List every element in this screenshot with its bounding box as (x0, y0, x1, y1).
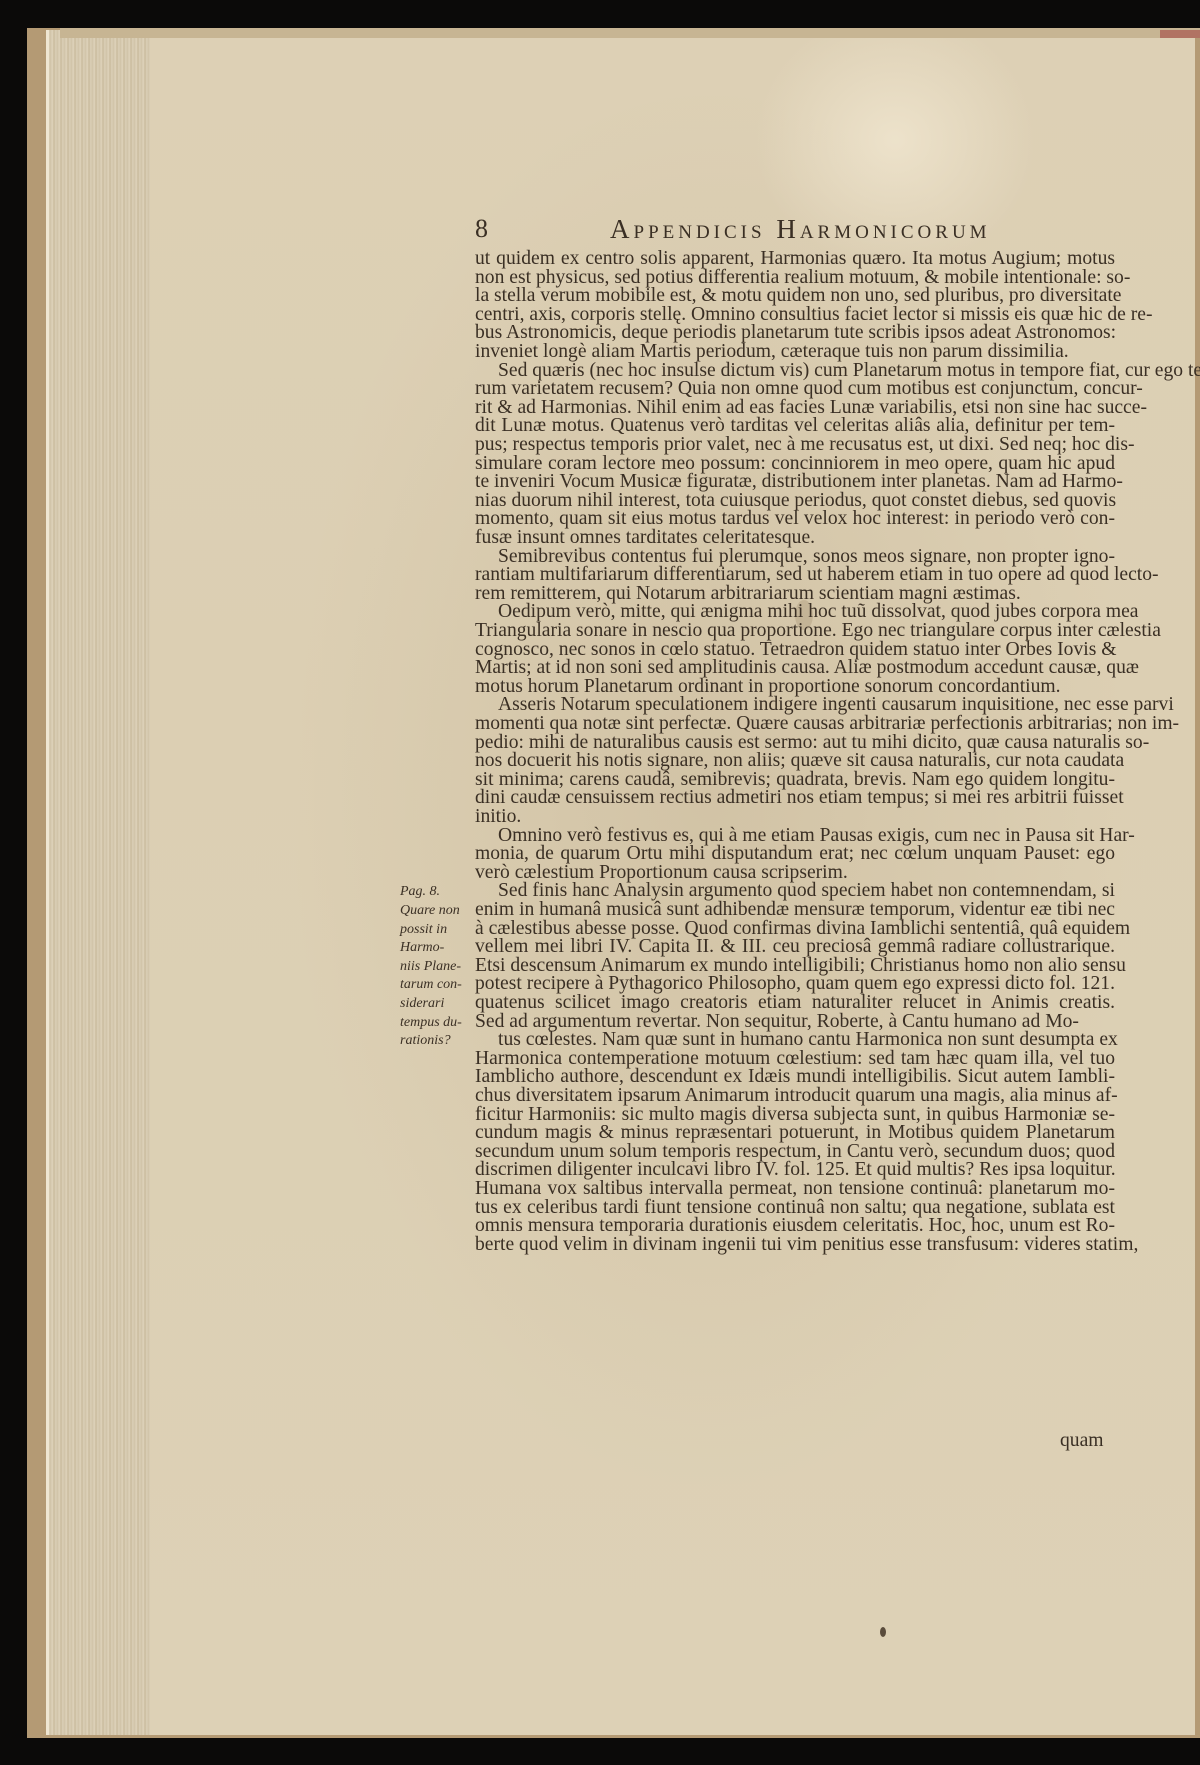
text-line: berte quod velim in divinam ingenii tui … (475, 1235, 1115, 1255)
text-line: pus; respectus temporis prior valet, nec… (475, 435, 1115, 455)
running-head: 8 Appendicis Harmonicorum (475, 214, 1115, 244)
text-line: momenti qua notæ sint perfectæ. Quære ca… (475, 714, 1115, 734)
margin-note-line: Pag. 8. (400, 883, 440, 901)
page-top-edge (60, 28, 1200, 38)
margin-note-line: Quare non (400, 902, 460, 920)
text-line: quatenus scilicet imago creatoris etiam … (475, 993, 1115, 1013)
ink-spot (880, 1627, 886, 1637)
text-line: chus diversitatem ipsarum Animarum intro… (475, 1086, 1115, 1106)
text-line: fusæ insunt omnes tarditates celeritates… (475, 528, 1115, 548)
margin-note-line: siderari (400, 995, 444, 1013)
text-line: initio. (475, 807, 1115, 827)
margin-note-line: possit in (400, 921, 447, 939)
margin-note-line: Harmo- (400, 939, 444, 957)
text-line: Humana vox saltibus intervalla permeat, … (475, 1179, 1115, 1199)
margin-note-line: tempus du- (400, 1014, 462, 1032)
red-edge-mark (1160, 30, 1200, 38)
text-line: ut quidem ex centro solis apparent, Harm… (475, 249, 1115, 269)
margin-note-line: niis Plane- (400, 958, 461, 976)
text-line: inveniet longè aliam Martis periodum, cæ… (475, 342, 1115, 362)
text-line: enim in humanâ musicâ sunt adhibendæ men… (475, 900, 1115, 920)
margin-note-line: rationis? (400, 1032, 451, 1050)
margin-note-line: tarum con- (400, 976, 462, 994)
running-title: Appendicis Harmonicorum (610, 214, 991, 245)
text-line: dini caudæ censuissem rectius admetiri n… (475, 788, 1115, 808)
page-number: 8 (475, 214, 488, 244)
catchword: quam (1060, 1430, 1104, 1452)
text-line: Triangularia sonare in nescio qua propor… (475, 621, 1115, 641)
